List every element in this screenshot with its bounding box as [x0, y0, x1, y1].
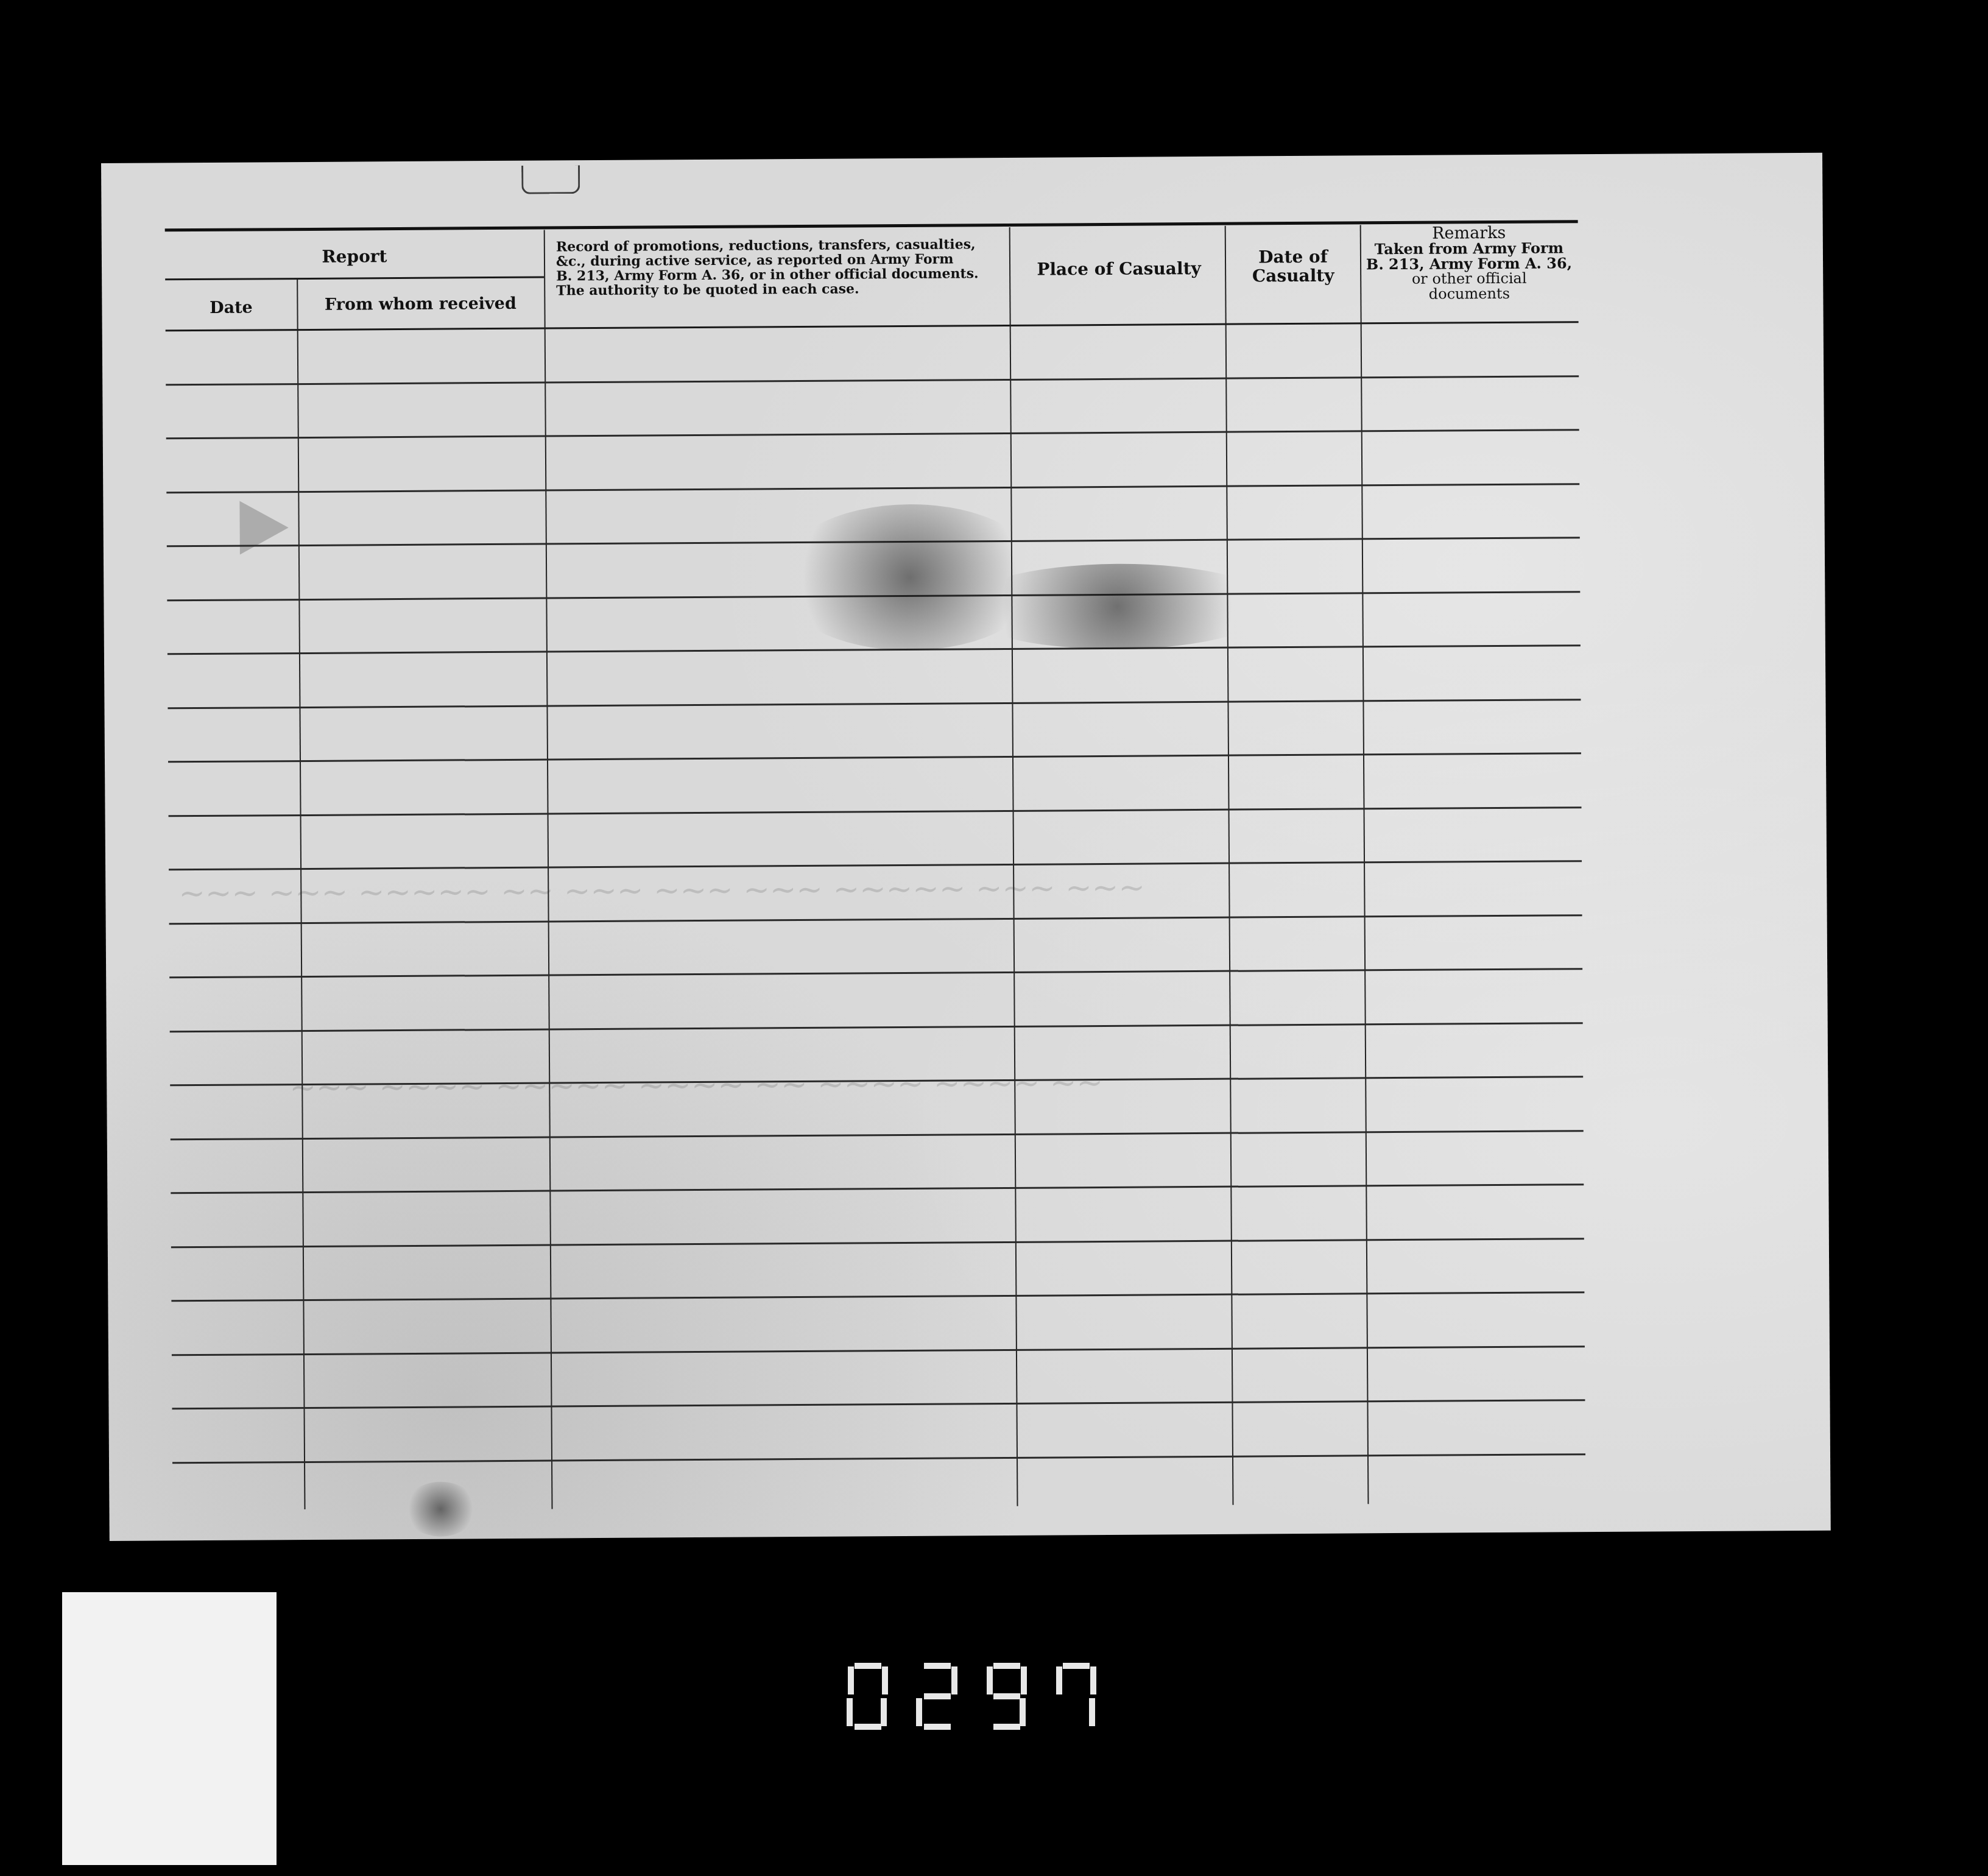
table-row-line [170, 1022, 1583, 1032]
header-date: Date [165, 298, 297, 318]
report-subheader-rule [165, 277, 544, 281]
header-date-of-casualty-line: Date of [1226, 247, 1360, 267]
frame-number: 0297 [847, 1663, 1121, 1730]
header-report: Report [165, 246, 544, 267]
column-divider-place [1225, 226, 1234, 1505]
service-record-table: Report Date From whom received Record of… [165, 220, 1578, 228]
header-record-line: The authority to be quoted in each case. [556, 281, 1019, 298]
table-row-line [172, 1345, 1585, 1356]
header-record-of-promotions: Record of promotions, reductions, transf… [546, 237, 1020, 298]
header-date-of-casualty-line: Casualty [1226, 266, 1360, 286]
table-row-line [169, 914, 1582, 925]
table-row-line [172, 1453, 1585, 1464]
table-row-line [169, 968, 1582, 978]
table-row-line [169, 860, 1582, 870]
frame-digit [1055, 1663, 1098, 1730]
table-row-line [166, 429, 1579, 439]
frame-digit [985, 1663, 1028, 1730]
header-remarks-line: documents [1360, 286, 1578, 302]
table-row-line [172, 1399, 1585, 1409]
table-row-line [166, 483, 1579, 493]
table-row-line [171, 1238, 1584, 1248]
bleed-through-handwriting: ~~~ ~~~ ~~~~~ ~~ ~~~ ~~~ ~~~ ~~~~~ ~~~ ~… [178, 870, 1145, 912]
table-row-line [167, 699, 1581, 709]
column-divider-from-whom [544, 230, 553, 1509]
header-place-of-casualty: Place of Casualty [1012, 259, 1226, 280]
table-row-line [171, 1291, 1584, 1302]
blank-white-card [62, 1592, 277, 1865]
column-divider-record [1009, 227, 1018, 1506]
table-row-line [171, 1130, 1584, 1140]
table-row-line [168, 752, 1581, 763]
bleed-through-handwriting: ~~~ ~~~~ ~~~~~ ~~~~ ~~ ~~~~ ~~~~ ~~ [289, 1065, 1103, 1106]
table-row-line [166, 375, 1579, 386]
table-row-line [171, 1183, 1584, 1194]
header-bottom-rule [166, 321, 1579, 331]
header-date-of-casualty: Date of Casualty [1226, 247, 1360, 286]
header-from-whom-received: From whom received [297, 295, 544, 315]
frame-digit [847, 1663, 889, 1730]
frame-digit [916, 1663, 959, 1730]
handwritten-bracket-mark [521, 165, 580, 194]
header-remarks: Remarks Taken from Army Form B. 213, Arm… [1360, 225, 1579, 302]
document-page: ~~~ ~~~ ~~~~~ ~~ ~~~ ~~~ ~~~ ~~~~~ ~~~ ~… [101, 153, 1831, 1541]
column-divider-date-casualty [1360, 225, 1369, 1504]
table-row-line [169, 806, 1582, 817]
ink-smudge [404, 1481, 478, 1537]
